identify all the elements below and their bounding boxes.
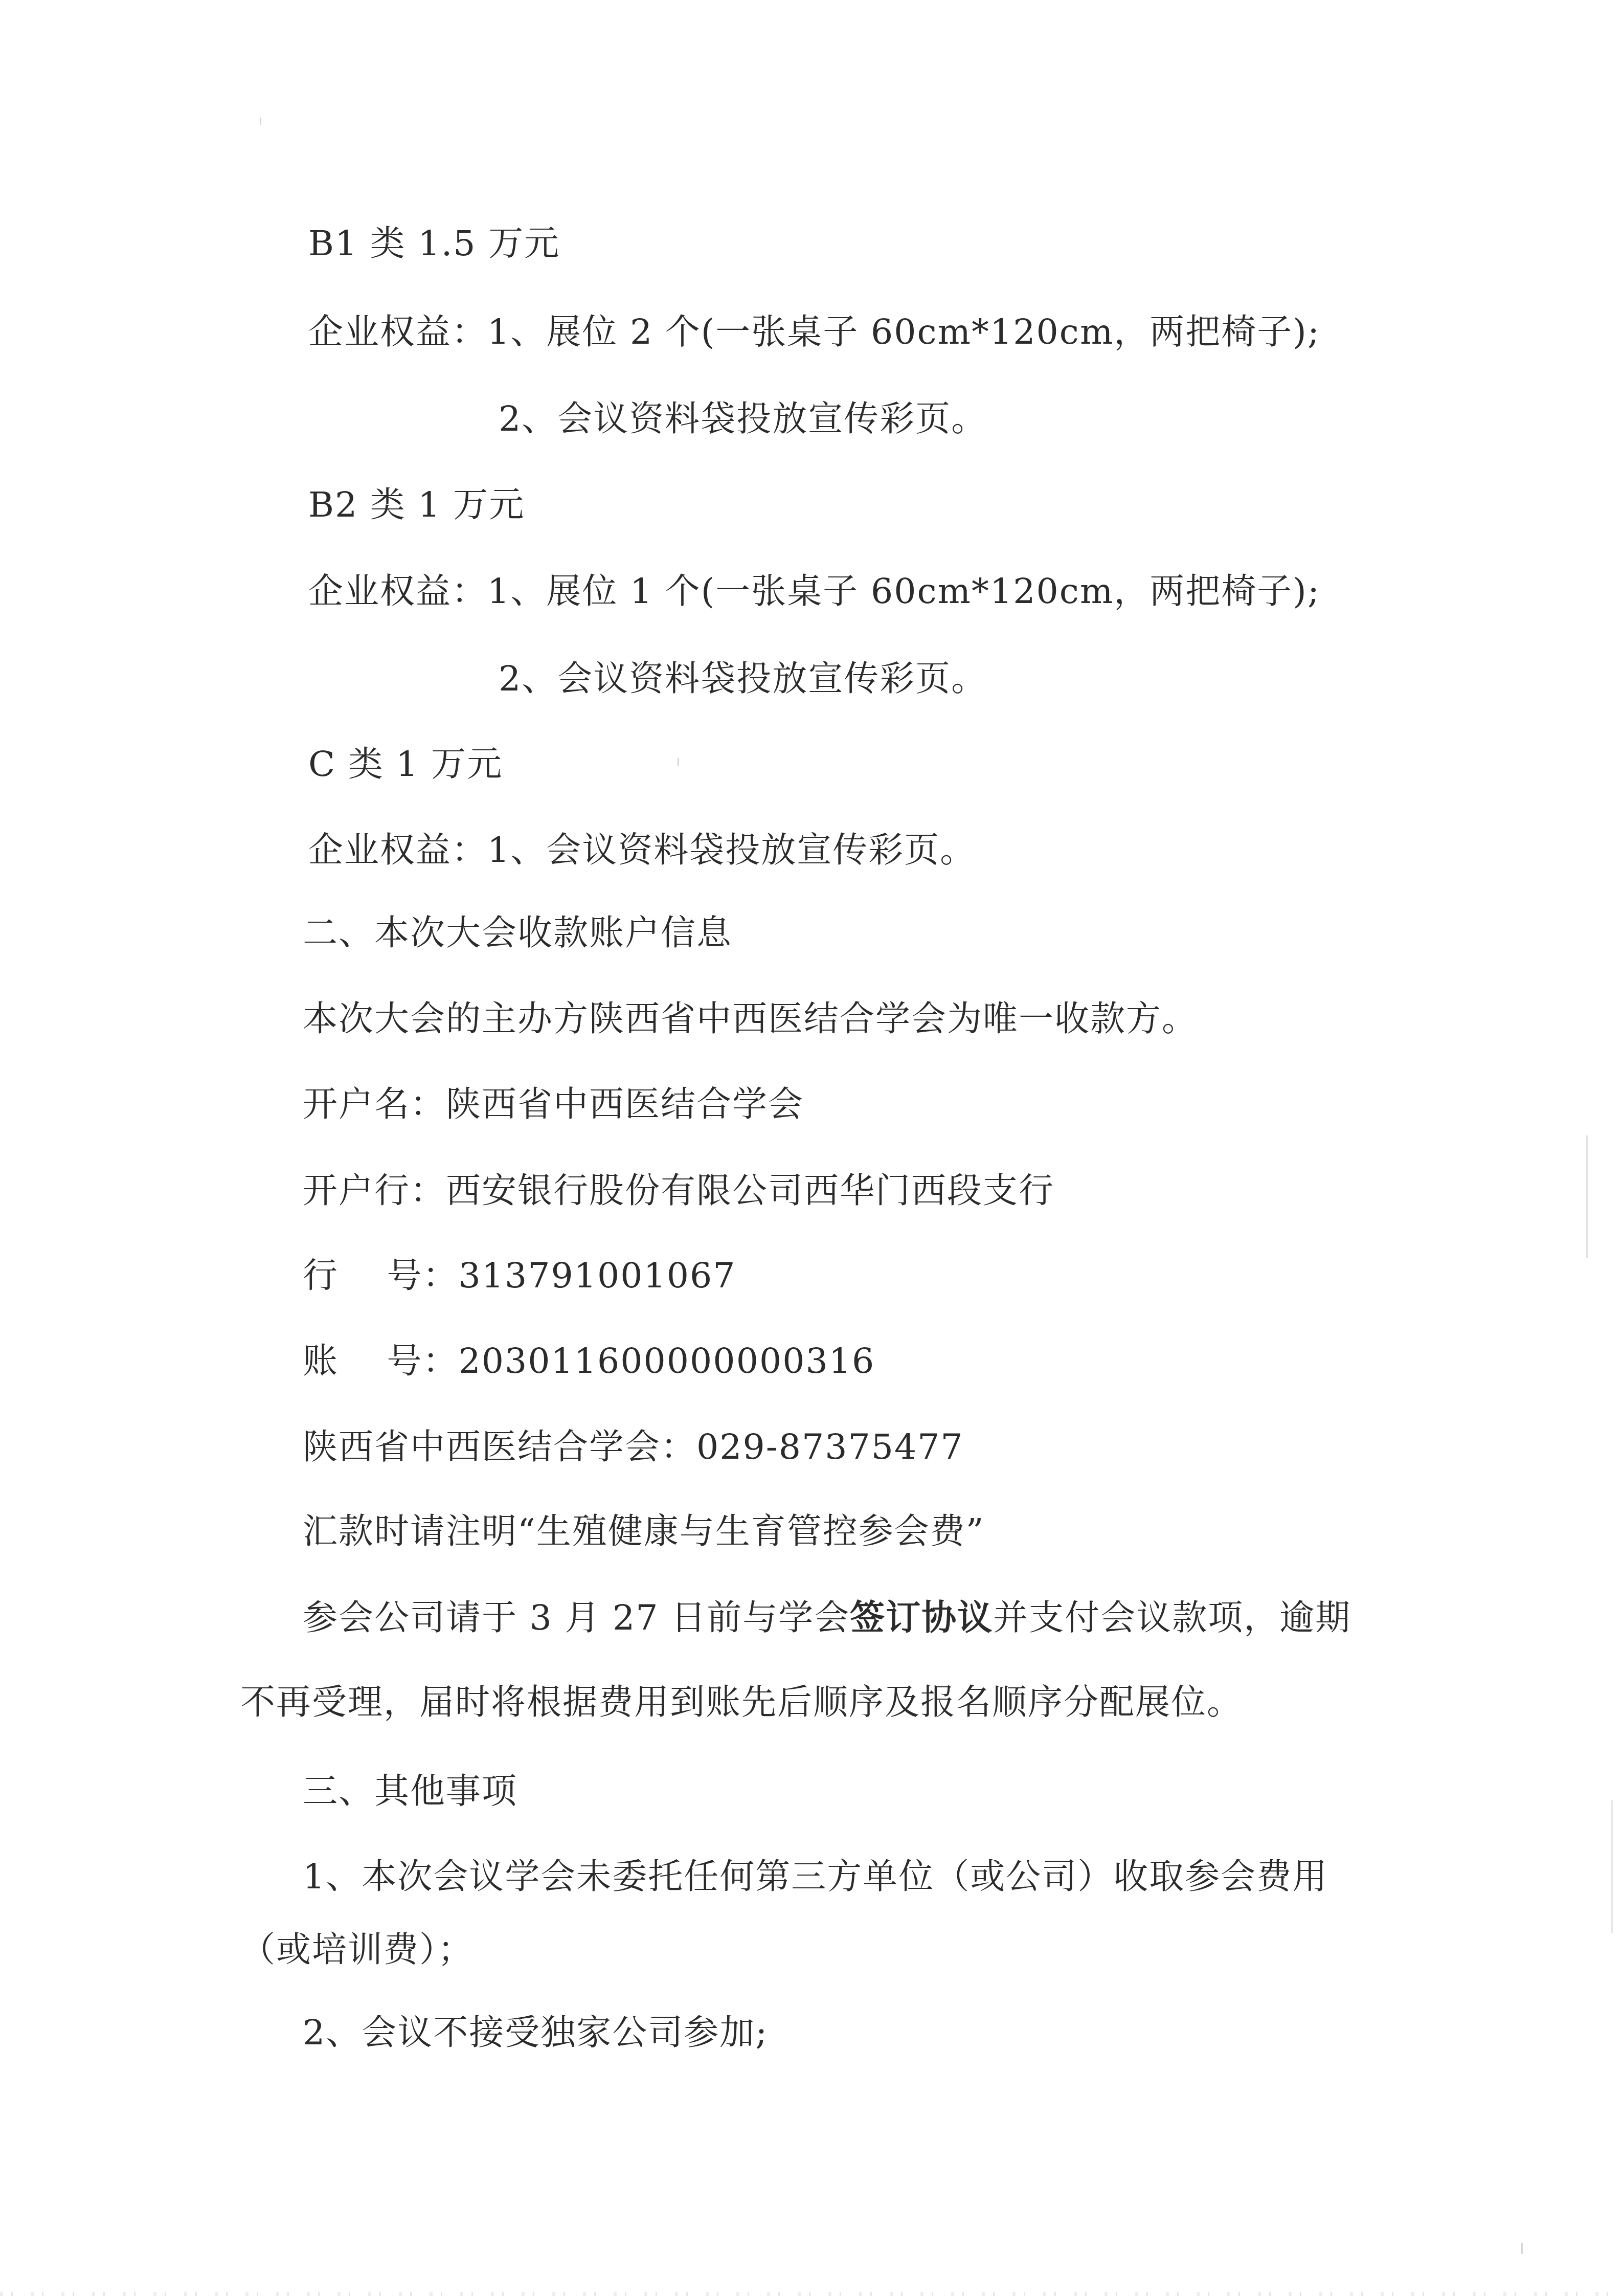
section2-intro: 本次大会的主办方陕西省中西医结合学会为唯一收款方。 [303,996,1198,1042]
benefits-label: 企业权益： [308,830,487,871]
account-number-label: 账 号： [303,1341,458,1381]
deadline-text: 并支付会议款项，逾期 [993,1598,1351,1638]
tier-b2-benefit-1: 企业权益：1、展位 1 个(一张桌子 60cm*120cm，两把椅子); [308,569,1320,615]
benefits-label: 企业权益： [308,312,487,352]
tier-b1-benefit-2: 2、会议资料袋投放宣传彩页。 [499,396,987,442]
deadline-text: 参会公司请于 3 月 27 日前与学会 [303,1598,850,1638]
bank-code-label: 行 号： [303,1256,458,1296]
benefit-text: 1、展位 1 个(一张桌子 60cm*120cm，两把椅子); [487,571,1320,612]
scan-speck [1521,2243,1523,2254]
section2-heading: 二、本次大会收款账户信息 [303,910,732,956]
remittance-remark: 汇款时请注明“生殖健康与生育管控参会费” [303,1509,985,1555]
account-number: 账 号：203011600000000316 [303,1339,875,1385]
scan-speck [678,758,679,766]
benefit-text: 1、展位 2 个(一张桌子 60cm*120cm，两把椅子); [487,312,1320,352]
bank-code-value: 313791001067 [458,1256,736,1296]
benefits-label: 企业权益： [308,571,487,612]
tier-c-title: C 类 1 万元 [308,742,503,788]
benefit-text: 1、会议资料袋投放宣传彩页。 [487,830,976,871]
tier-b2-benefit-2: 2、会议资料袋投放宣传彩页。 [499,656,987,702]
deadline-notice-line1: 参会公司请于 3 月 27 日前与学会签订协议并支付会议款项，逾期 [303,1595,1351,1641]
tier-b1-benefit-1: 企业权益：1、展位 2 个(一张桌子 60cm*120cm，两把椅子); [308,309,1320,355]
scan-edge-mark [1586,1135,1588,1258]
contact-phone: 陕西省中西医结合学会：029-87375477 [303,1424,964,1470]
document-page: B1 类 1.5 万元 企业权益：1、展位 2 个(一张桌子 60cm*120c… [0,0,1623,2296]
deadline-notice-line2: 不再受理，届时将根据费用到账先后顺序及报名顺序分配展位。 [240,1680,1243,1726]
bank-code: 行 号：313791001067 [303,1253,736,1299]
bank-name: 开户行：西安银行股份有限公司西华门西段支行 [303,1168,1054,1214]
tier-c-benefit-1: 企业权益：1、会议资料袋投放宣传彩页。 [308,828,976,874]
other-item-2: 2、会议不接受独家公司参加; [303,2010,768,2056]
other-item-1: 1、本次会议学会未委托任何第三方单位（或公司）收取参会费用 [303,1854,1328,1900]
other-item-1-cont: （或培训费）； [240,1927,474,1973]
section3-heading: 三、其他事项 [303,1769,517,1815]
tier-b2-title: B2 类 1 万元 [308,482,525,528]
scan-bottom-edge [0,2292,1623,2296]
scan-speck [260,118,261,125]
account-name: 开户名：陕西省中西医结合学会 [303,1082,804,1128]
tier-b1-title: B1 类 1.5 万元 [308,221,560,267]
scan-edge-mark [1611,1800,1613,1933]
account-number-value: 203011600000000316 [458,1341,875,1381]
deadline-emphasis: 签订协议 [850,1597,993,1638]
